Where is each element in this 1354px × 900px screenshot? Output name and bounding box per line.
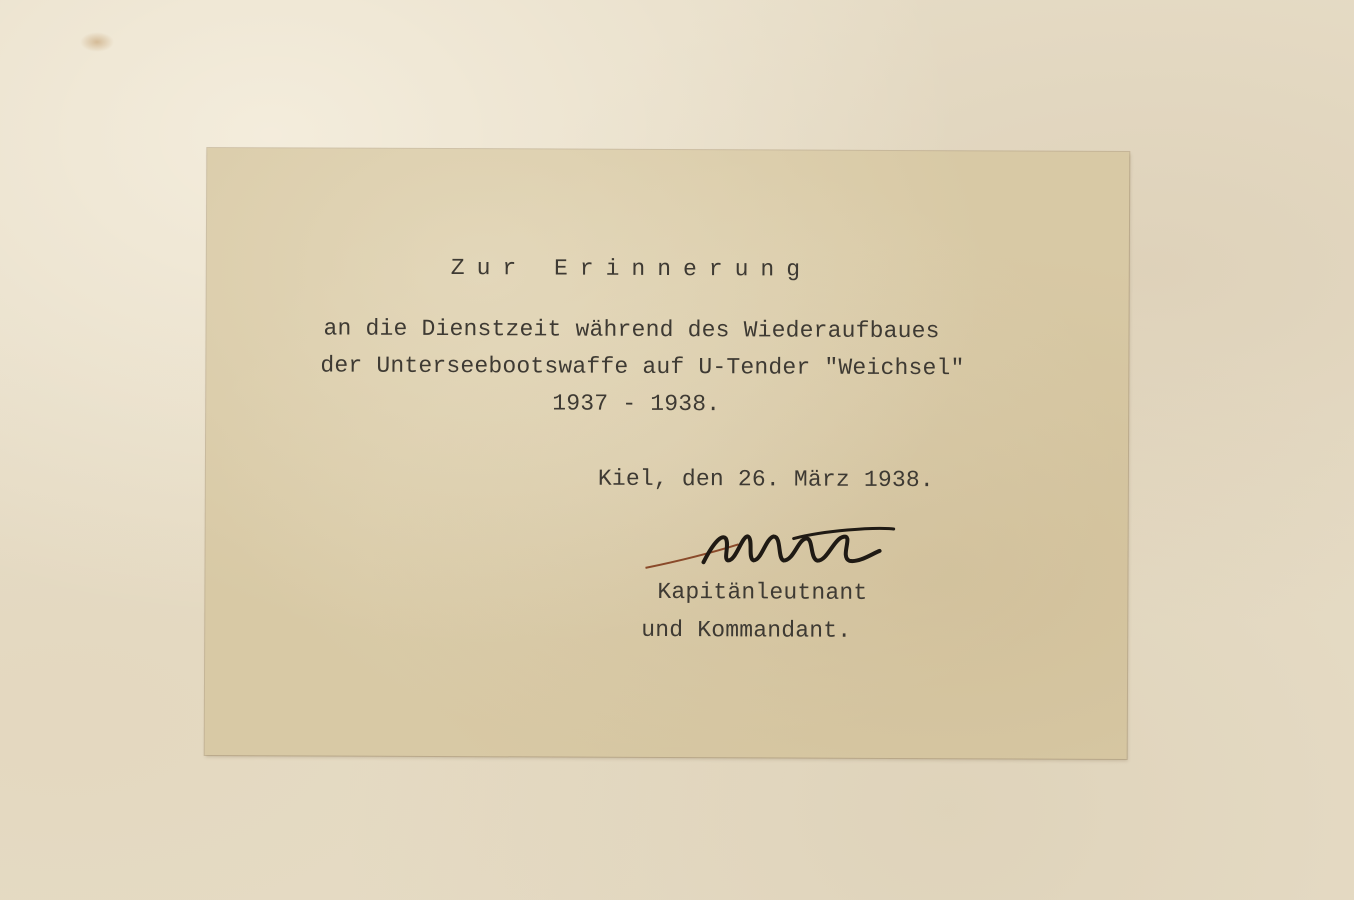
mount-board: Zur Erinnerung an die Dienstzeit während… — [0, 0, 1354, 900]
signature-icon — [643, 522, 903, 577]
place-date: Kiel, den 26. März 1938. — [598, 466, 934, 493]
title-line-2: und Kommandant. — [641, 617, 851, 644]
title-line-1: Kapitänleutnant — [657, 579, 867, 606]
typed-card: Zur Erinnerung an die Dienstzeit während… — [205, 148, 1130, 759]
body-line-1: an die Dienstzeit während des Wiederaufb… — [323, 316, 939, 345]
body-line-2: der Unterseebootswaffe auf U-Tender "Wei… — [320, 352, 964, 381]
paper-blemish — [80, 32, 114, 52]
body-line-3: 1937 - 1938. — [552, 390, 720, 417]
heading: Zur Erinnerung — [451, 255, 812, 283]
